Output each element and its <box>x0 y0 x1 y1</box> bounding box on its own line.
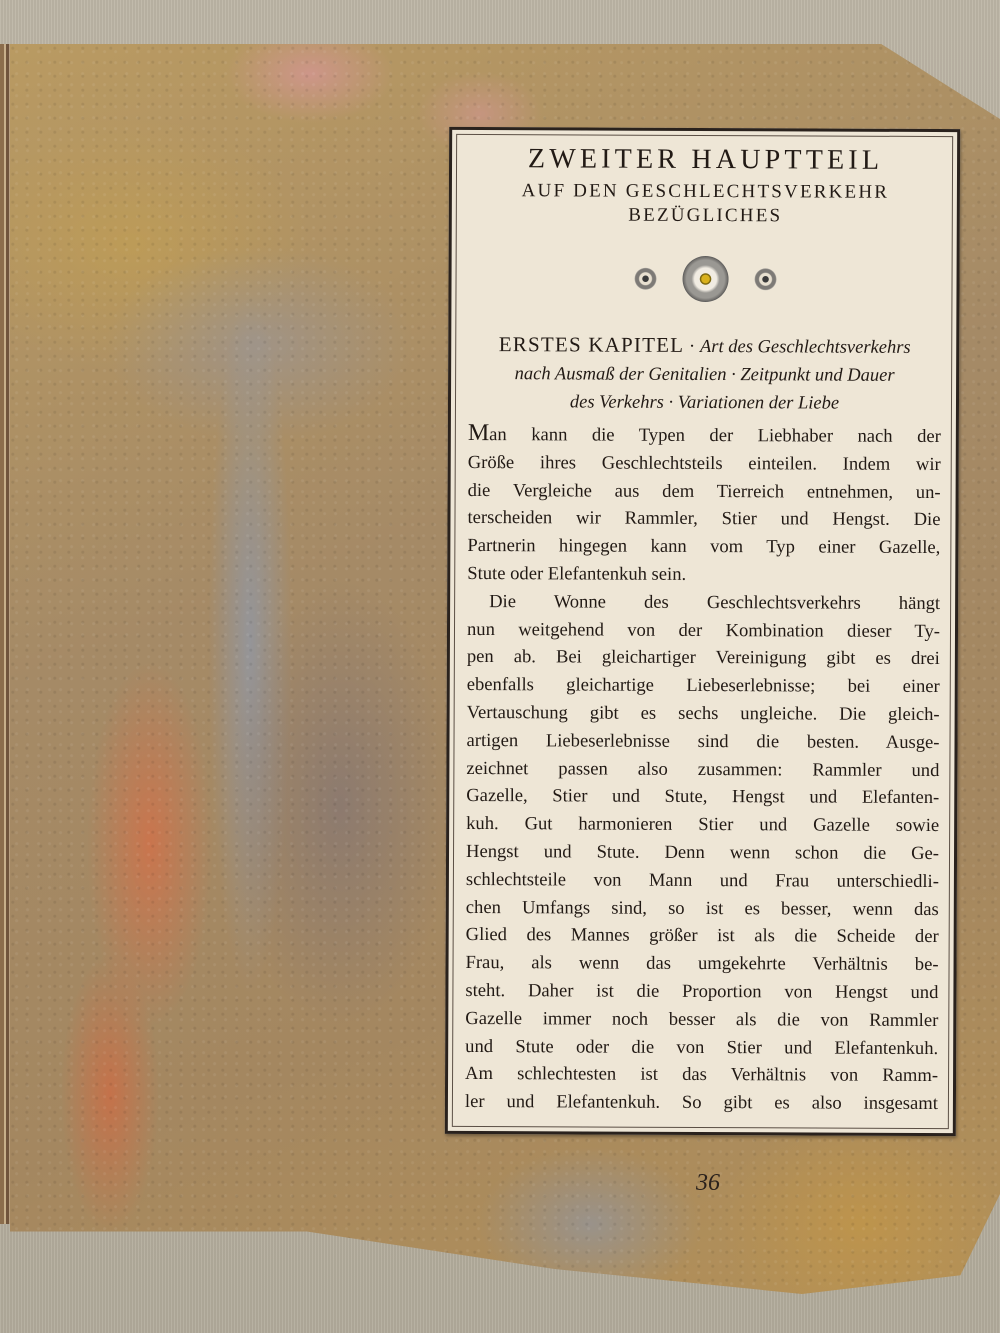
ornament <box>468 255 941 303</box>
part-subtitle: AUF DEN GESCHLECHTSVERKEHR BEZÜGLICHES <box>469 179 942 229</box>
paragraph-2-line: Gazelle immer noch besser als die von Ra… <box>465 1005 938 1035</box>
paragraph-2-line: Die Wonne des Geschlechtsverkehrs hängt <box>467 588 940 618</box>
body-text: Man kann die Typen der Liebhaber nach de… <box>465 420 941 1118</box>
circle-dot-ornament-icon <box>754 268 776 290</box>
part-title: ZWEITER HAUPTTEIL <box>469 143 942 177</box>
paragraph-2-line: und Stute oder die von Stier und Elefant… <box>465 1032 938 1062</box>
paragraph-2-line: zeichnet passen also zusammen: Rammler u… <box>466 755 939 785</box>
paragraph-1-line: Man kann die Typen der Liebhaber nach de… <box>468 420 941 451</box>
paragraph-2-line: Frau, als wenn das umgekehrte Verhältnis… <box>465 949 938 979</box>
drop-cap: M <box>468 420 489 446</box>
paragraph-1-line: terscheiden wir Rammler, Stier und Hengs… <box>467 504 940 534</box>
paragraph-1-line: Größe ihres Geschlechtsteils einteilen. … <box>468 449 941 479</box>
text-panel-inner-border: ZWEITER HAUPTTEIL AUF DEN GESCHLECHTSVER… <box>452 134 953 1129</box>
paragraph-2-line: kuh. Gut harmonieren Stier und Gazelle s… <box>466 810 939 840</box>
paragraph-2-line: ler und Elefantenkuh. So gibt es also in… <box>465 1088 938 1118</box>
chapter-title-line-1: Art des Geschlechtsverkehrs <box>700 337 911 358</box>
text-line: an kann die Typen der Liebhaber nach der <box>489 424 941 447</box>
paragraph-2-line: chen Umfangs sind, so ist es besser, wen… <box>466 894 939 924</box>
paragraph-1-line: die Vergleiche aus dem Tierreich entnehm… <box>468 477 941 507</box>
chapter-heading: ERSTES KAPITEL · Art des Geschlechtsverk… <box>468 331 941 418</box>
paragraph-2-line: artigen Liebeserlebnisse sind die besten… <box>466 727 939 757</box>
paragraph-1-line: Stute oder Elefantenkuh sein. <box>467 560 940 590</box>
paragraph-2-line: schlechtsteile von Mann und Frau untersc… <box>466 866 939 896</box>
part-subtitle-line-2: BEZÜGLICHES <box>628 205 782 227</box>
paragraph-2-line: Gazelle, Stier und Stute, Hengst und Ele… <box>466 782 939 812</box>
paragraph-1-line: Partnerin hingegen kann vom Typ einer Ga… <box>467 532 940 562</box>
circle-dot-ornament-icon <box>634 268 656 290</box>
part-subtitle-line-1: AUF DEN GESCHLECHTSVERKEHR <box>522 180 890 203</box>
paragraph-2-line: ebenfalls gleichartige Liebeserlebnisse;… <box>467 671 940 701</box>
paragraph-2-line: Glied des Mannes größer ist als die Sche… <box>466 921 939 951</box>
chapter-title-line-2: nach Ausmaß der Genitalien · Zeitpunkt u… <box>515 364 895 386</box>
sun-ornament-icon <box>682 256 728 302</box>
chapter-separator: · <box>684 336 700 357</box>
paragraph-2-line: nun weitgehend von der Kombination diese… <box>467 616 940 646</box>
paragraph-2-line: Vertauschung gibt es sechs ungleiche. Di… <box>467 699 940 729</box>
paragraph-2-line: pen ab. Bei gleichartiger Vereinigung gi… <box>467 643 940 673</box>
page-number: 36 <box>696 1170 720 1197</box>
paragraph-2-line: Hengst und Stute. Denn wenn schon die Ge… <box>466 838 939 868</box>
paragraph-2-line: steht. Daher ist die Proportion von Heng… <box>465 977 938 1007</box>
text-panel: ZWEITER HAUPTTEIL AUF DEN GESCHLECHTSVER… <box>445 127 960 1136</box>
paragraph-2-line: Am schlechtesten ist das Verhältnis von … <box>465 1060 938 1090</box>
chapter-title-line-3: des Verkehrs · Variationen der Liebe <box>570 392 839 413</box>
chapter-label: ERSTES KAPITEL <box>499 332 684 357</box>
